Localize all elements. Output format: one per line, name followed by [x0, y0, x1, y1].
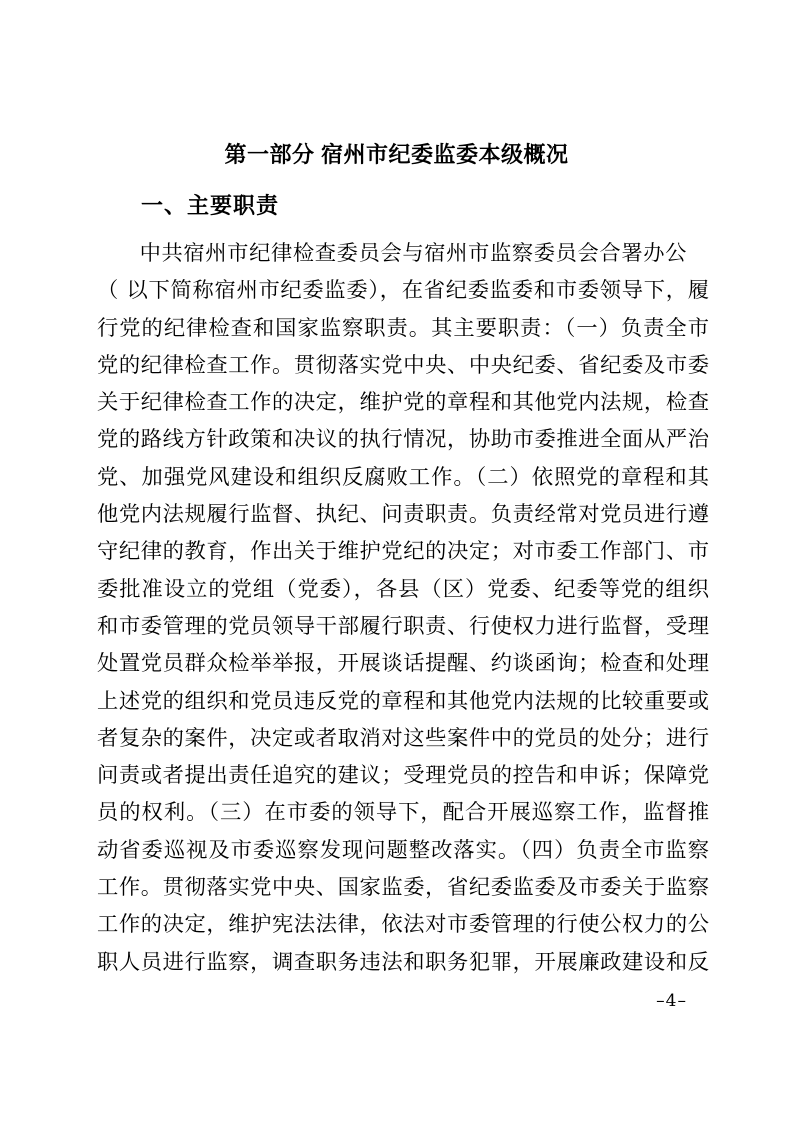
body-line: 员的权利。（三）在市委的领导下，配合开展巡察工作，监督推 — [97, 794, 709, 831]
body-line: 职人员进行监察，调查职务违法和职务犯罪，开展廉政建设和反 — [97, 944, 709, 981]
body-line: 行党的纪律检查和国家监察职责。其主要职责：（一）负责全市 — [97, 310, 709, 347]
body-line: 问责或者提出责任追究的建议；受理党员的控告和申诉；保障党 — [97, 757, 709, 794]
body-line: 和市委管理的党员领导干部履行职责、行使权力进行监督，受理 — [97, 608, 709, 645]
document-title: 第一部分 宿州市纪委监委本级概况 — [0, 140, 793, 170]
document-body: 中共宿州市纪律检查委员会与宿州市监察委员会合署办公 （ 以下简称宿州市纪委监委）… — [97, 235, 709, 981]
body-line: 他党内法规履行监督、执纪、问责职责。负责经常对党员进行遵 — [97, 496, 709, 533]
body-line: 守纪律的教育，作出关于维护党纪的决定；对市委工作部门、市 — [97, 533, 709, 570]
body-line: 者复杂的案件，决定或者取消对这些案件中的党员的处分；进行 — [97, 720, 709, 757]
body-line: 关于纪律检查工作的决定，维护党的章程和其他党内法规，检查 — [97, 384, 709, 421]
body-line: 党、加强党风建设和组织反腐败工作。（二）依照党的章程和其 — [97, 459, 709, 496]
body-line: 党的路线方针政策和决议的执行情况，协助市委推进全面从严治 — [97, 421, 709, 458]
body-line: 工作的决定，维护宪法法律，依法对市委管理的行使公权力的公 — [97, 906, 709, 943]
page-number: –4– — [656, 991, 687, 1011]
body-line: 处置党员群众检举举报，开展谈话提醒、约谈函询；检查和处理 — [97, 645, 709, 682]
document-page: 第一部分 宿州市纪委监委本级概况 一、主要职责 中共宿州市纪律检查委员会与宿州市… — [0, 0, 793, 1122]
body-line: 中共宿州市纪律检查委员会与宿州市监察委员会合署办公 — [97, 235, 709, 272]
section-heading: 一、主要职责 — [141, 191, 793, 221]
body-line: 工作。贯彻落实党中央、国家监委，省纪委监委及市委关于监察 — [97, 869, 709, 906]
body-line: 上述党的组织和党员违反党的章程和其他党内法规的比较重要或 — [97, 683, 709, 720]
body-line: 动省委巡视及市委巡察发现问题整改落实。（四）负责全市监察 — [97, 832, 709, 869]
body-line: 党的纪律检查工作。贯彻落实党中央、中央纪委、省纪委及市委 — [97, 347, 709, 384]
body-line: 委批准设立的党组（党委），各县（区）党委、纪委等党的组织 — [97, 571, 709, 608]
body-line: （ 以下简称宿州市纪委监委），在省纪委监委和市委领导下，履 — [97, 272, 709, 309]
